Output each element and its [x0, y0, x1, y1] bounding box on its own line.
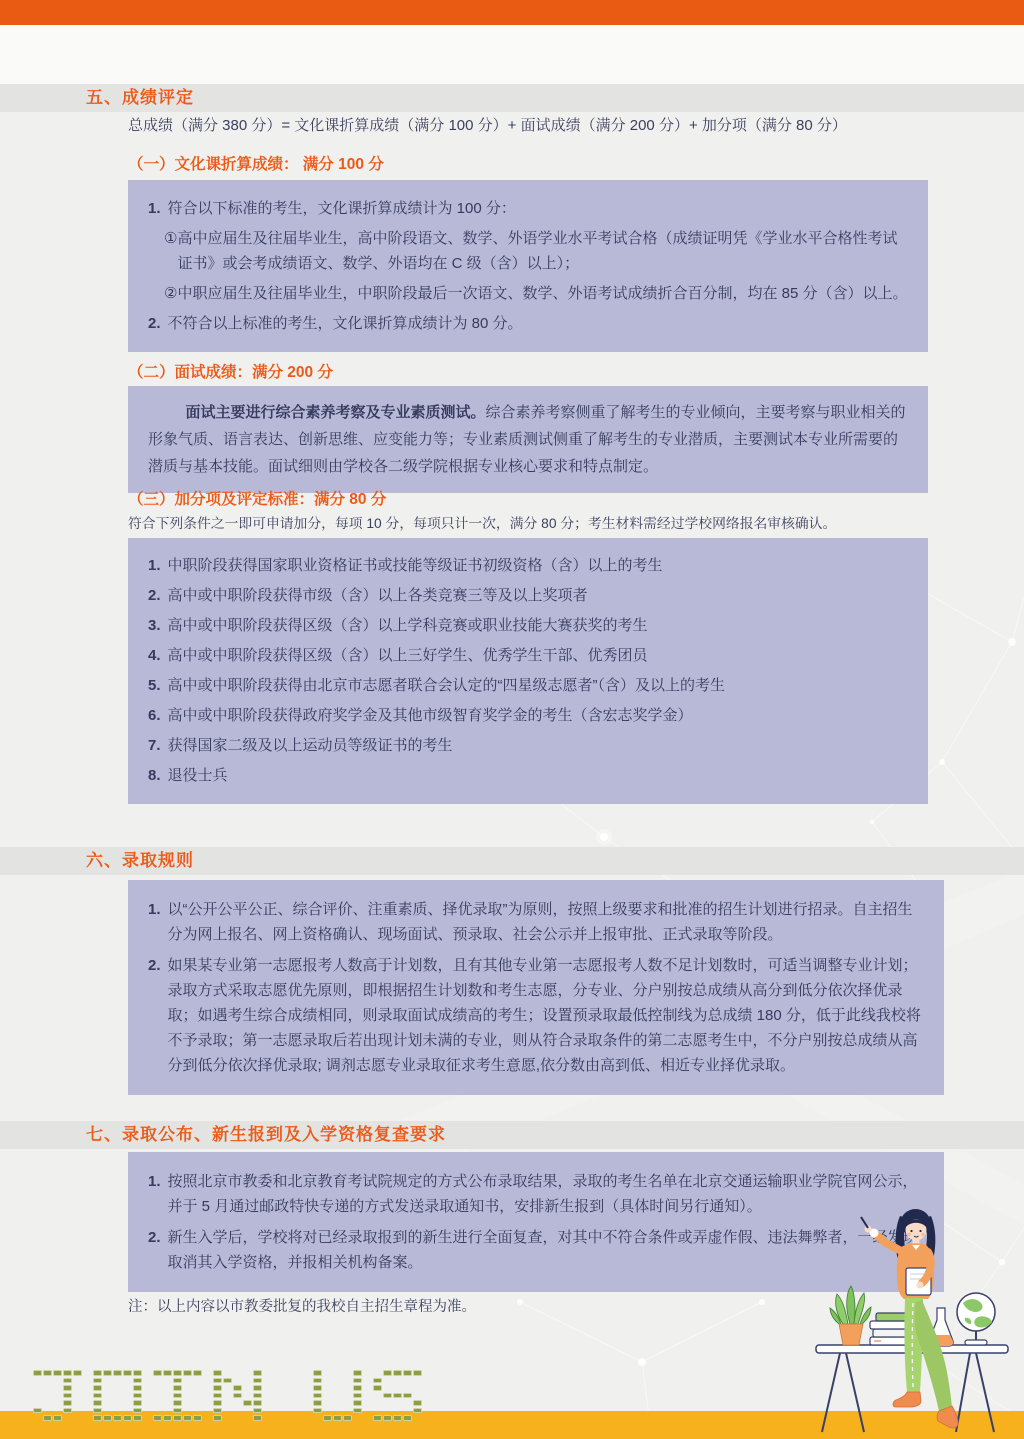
item-text: 退役士兵	[168, 764, 228, 788]
interview-lead: 面试主要进行综合素养考察及专业素质测试。	[186, 404, 486, 421]
item-number: 7.	[148, 734, 161, 758]
admissions-document-page: 五、成绩评定 总成绩（满分 380 分）= 文化课折算成绩（满分 100 分）+…	[0, 0, 1024, 1439]
item-number: ①	[164, 226, 177, 276]
enrollment-review-box: 1.按照北京市教委和北京教育考试院规定的方式公布录取结果，录取的考生名单在北京交…	[128, 1152, 944, 1292]
list-item: 2.如果某专业第一志愿报考人数高于计划数，且有其他专业第一志愿报考人数不足计划数…	[148, 953, 924, 1078]
item-number: 2.	[148, 1225, 161, 1275]
list-item: 2. 不符合以上标准的考生，文化课折算成绩计为 80 分。	[148, 311, 908, 336]
item-text: 如果某专业第一志愿报考人数高于计划数，且有其他专业第一志愿报考人数不足计划数时，…	[168, 953, 924, 1078]
item-number: 5.	[148, 674, 161, 698]
list-item: 6.高中或中职阶段获得政府奖学金及其他市级智育奖学金的考生（含宏志奖学金）	[148, 704, 908, 728]
total-score-formula: 总成绩（满分 380 分）= 文化课折算成绩（满分 100 分）+ 面试成绩（满…	[128, 114, 958, 135]
item-text: 获得国家二级及以上运动员等级证书的考生	[168, 734, 453, 758]
list-item: 2.新生入学后，学校将对已经录取报到的新生进行全面复查，对其中不符合条件或弄虚作…	[148, 1225, 924, 1275]
item-text: 高中应届生及往届毕业生，高中阶段语文、数学、外语学业水平考试合格（成绩证明凭《学…	[177, 226, 908, 276]
item-number: 1.	[148, 196, 161, 221]
bonus-points-box: 1.中职阶段获得国家职业资格证书或技能等级证书初级资格（含）以上的考生 2.高中…	[128, 538, 928, 804]
item-number: ②	[164, 281, 177, 306]
list-item: 1.按照北京市教委和北京教育考试院规定的方式公布录取结果，录取的考生名单在北京交…	[148, 1169, 924, 1219]
item-text: 高中或中职阶段获得政府奖学金及其他市级智育奖学金的考生（含宏志奖学金）	[168, 704, 693, 728]
subsection-heading-5-3: （三）加分项及评定标准：满分 80 分	[128, 487, 386, 509]
bonus-points-intro: 符合下列条件之一即可申请加分，每项 10 分，每项只计一次，满分 80 分；考生…	[128, 512, 948, 532]
list-item: 1. 符合以下标准的考生，文化课折算成绩计为 100 分：	[148, 196, 908, 221]
item-text: 新生入学后，学校将对已经录取报到的新生进行全面复查，对其中不符合条件或弄虚作假、…	[168, 1225, 924, 1275]
list-item: 2.高中或中职阶段获得市级（含）以上各类竞赛三等及以上奖项者	[148, 584, 908, 608]
list-item: 8.退役士兵	[148, 764, 908, 788]
section-title-7: 七、录取公布、新生报到及入学资格复查要求	[86, 1121, 446, 1149]
interview-paragraph: 面试主要进行综合素养考察及专业素质测试。综合素养考察侧重了解考生的专业倾向，主要…	[148, 399, 908, 480]
list-item: ② 中职应届生及往届毕业生，中职阶段最后一次语文、数学、外语考试成绩折合百分制，…	[148, 281, 908, 306]
item-text: 高中或中职阶段获得市级（含）以上各类竞赛三等及以上奖项者	[168, 584, 588, 608]
item-number: 2.	[148, 953, 161, 1078]
item-text: 高中或中职阶段获得区级（含）以上学科竞赛或职业技能大赛获奖的考生	[168, 614, 648, 638]
item-number: 8.	[148, 764, 161, 788]
list-item: 3.高中或中职阶段获得区级（含）以上学科竞赛或职业技能大赛获奖的考生	[148, 614, 908, 638]
section-title-5: 五、成绩评定	[86, 84, 194, 112]
item-number: 6.	[148, 704, 161, 728]
books-icon	[870, 1313, 923, 1345]
item-text: 不符合以上标准的考生，文化课折算成绩计为 80 分。	[168, 311, 523, 336]
item-number: 1.	[148, 897, 161, 947]
list-item: 5.高中或中职阶段获得由北京市志愿者联合会认定的“四星级志愿者”（含）及以上的考…	[148, 674, 908, 698]
globe-icon	[957, 1293, 995, 1345]
section-band-7: 七、录取公布、新生报到及入学资格复查要求	[0, 1121, 1024, 1149]
subsection-heading-5-1: （一）文化课折算成绩： 满分 100 分	[128, 152, 384, 174]
list-item: 7.获得国家二级及以上运动员等级证书的考生	[148, 734, 908, 758]
section-band-5: 五、成绩评定	[0, 84, 1024, 112]
item-number: 1.	[148, 554, 161, 578]
item-number: 4.	[148, 644, 161, 668]
top-light-strip	[0, 25, 1024, 84]
item-text: 高中或中职阶段获得由北京市志愿者联合会认定的“四星级志愿者”（含）及以上的考生	[168, 674, 726, 698]
item-text: 符合以下标准的考生，文化课折算成绩计为 100 分：	[168, 196, 516, 221]
item-number: 3.	[148, 614, 161, 638]
section-band-6: 六、录取规则	[0, 847, 1024, 875]
item-text: 以“公开公平公正、综合评价、注重素质、择优录取”为原则，按照上级要求和批准的招生…	[168, 897, 924, 947]
list-item: 1.中职阶段获得国家职业资格证书或技能等级证书初级资格（含）以上的考生	[148, 554, 908, 578]
footer-note: 注：以上内容以市教委批复的我校自主招生章程为准。	[128, 1295, 476, 1316]
flask-icon	[929, 1308, 954, 1346]
admission-rules-box: 1.以“公开公平公正、综合评价、注重素质、择优录取”为原则，按照上级要求和批准的…	[128, 880, 944, 1095]
item-text: 中职阶段获得国家职业资格证书或技能等级证书初级资格（含）以上的考生	[168, 554, 663, 578]
item-text: 中职应届生及往届毕业生，中职阶段最后一次语文、数学、外语考试成绩折合百分制，均在…	[177, 281, 907, 306]
list-item: 4.高中或中职阶段获得区级（含）以上三好学生、优秀学生干部、优秀团员	[148, 644, 908, 668]
plant-icon	[830, 1286, 871, 1345]
culture-score-box: 1. 符合以下标准的考生，文化课折算成绩计为 100 分： ① 高中应届生及往届…	[128, 180, 928, 352]
item-number: 2.	[148, 311, 161, 336]
item-text: 按照北京市教委和北京教育考试院规定的方式公布录取结果，录取的考生名单在北京交通运…	[168, 1169, 924, 1219]
subsection-heading-5-2: （二）面试成绩：满分 200 分	[128, 360, 333, 382]
section-title-6: 六、录取规则	[86, 847, 194, 875]
item-text: 高中或中职阶段获得区级（含）以上三好学生、优秀学生干部、优秀团员	[168, 644, 648, 668]
join-us-pixel-text	[33, 1370, 423, 1425]
interview-score-box: 面试主要进行综合素养考察及专业素质测试。综合素养考察侧重了解考生的专业倾向，主要…	[128, 386, 928, 493]
top-orange-bar	[0, 0, 1024, 25]
item-number: 2.	[148, 584, 161, 608]
list-item: ① 高中应届生及往届毕业生，高中阶段语文、数学、外语学业水平考试合格（成绩证明凭…	[148, 226, 908, 276]
item-number: 1.	[148, 1169, 161, 1219]
list-item: 1.以“公开公平公正、综合评价、注重素质、择优录取”为原则，按照上级要求和批准的…	[148, 897, 924, 947]
